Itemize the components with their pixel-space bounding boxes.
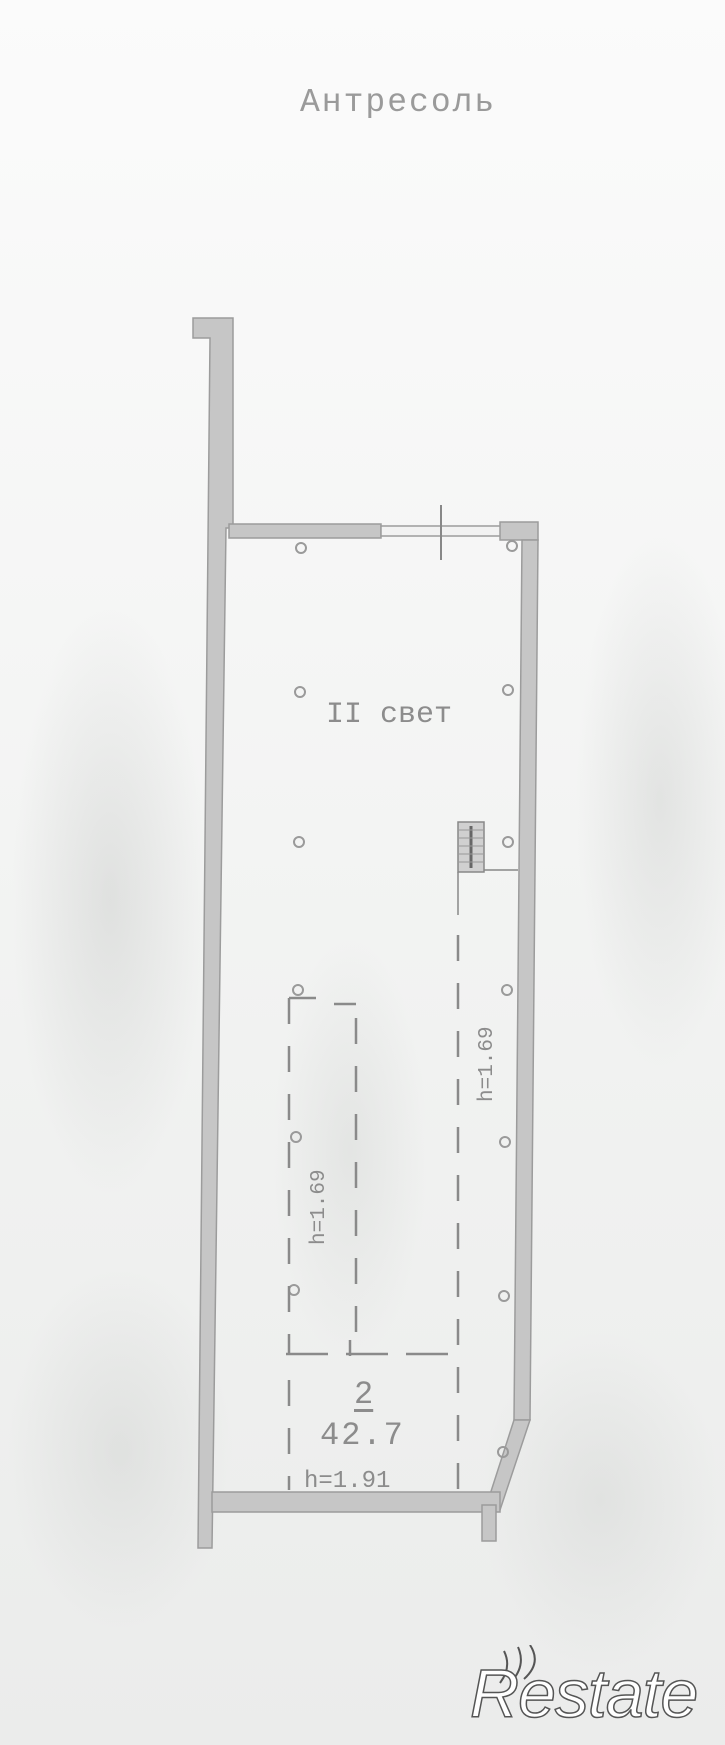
double-height-label: II свет — [326, 698, 452, 732]
bottom-wall — [212, 1492, 500, 1512]
left-wall — [193, 318, 233, 1548]
room-area: 42.7 — [320, 1417, 405, 1454]
walls — [193, 318, 538, 1548]
left-zone-height-label: h=1.69 — [308, 1169, 331, 1245]
top-right-corner — [500, 522, 538, 540]
stair — [458, 822, 518, 915]
room-number: 2 — [354, 1376, 373, 1413]
room-height: h=1.91 — [304, 1468, 390, 1495]
right-wall — [514, 540, 538, 1420]
columns — [289, 541, 517, 1457]
watermark-logo: Restate — [470, 1660, 697, 1728]
top-wall-left — [229, 524, 381, 538]
bottom-right-stub — [482, 1505, 496, 1541]
right-zone-height-label: h=1.69 — [476, 1026, 499, 1102]
